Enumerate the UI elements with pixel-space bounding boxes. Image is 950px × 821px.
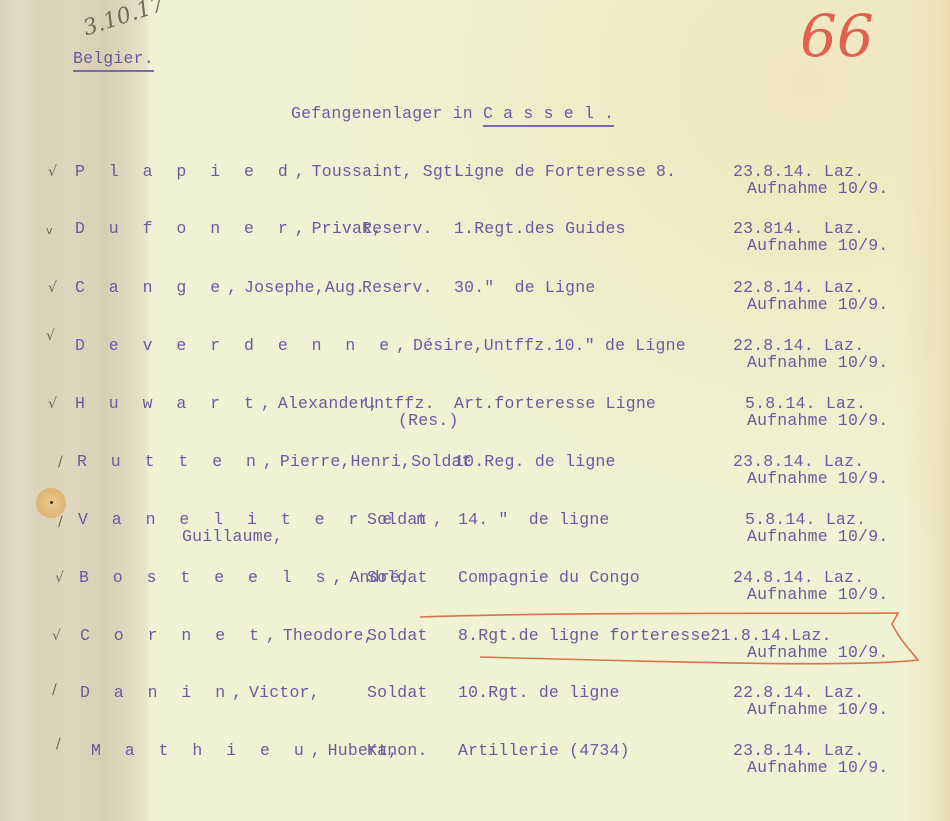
check-mark: / [52, 682, 57, 698]
entry-admission: Aufnahme 10/9. [747, 527, 888, 546]
entry-unit: 10.Rgt. de ligne [458, 683, 620, 702]
entry-name: D e v e r d e n n e,Désire,Untffz.10." d… [75, 336, 686, 355]
entry-given-names: Pierre,Henri,Soldat [280, 452, 472, 471]
entry-surname: B o s t e e l s, [79, 568, 349, 587]
entry-rank: Soldat [367, 683, 428, 702]
entry-surname: D u f o n e r, [75, 219, 312, 238]
entry-surname: D e v e r d e n n e, [75, 336, 413, 355]
entry-surname: D a n i n, [80, 683, 249, 702]
check-mark: v [46, 224, 53, 237]
check-mark: / [58, 454, 63, 470]
entry-rank: Reserv. [362, 278, 433, 297]
camp-title-place: C a s s e l . [483, 104, 614, 127]
entry-rank: Soldat [367, 510, 428, 529]
entry-rank: Soldat [367, 626, 428, 645]
entry-admission: Aufnahme 10/9. [747, 411, 888, 430]
entry-name: P l a p i e d,Toussaint, Sgt. [75, 162, 463, 181]
entry-surname: C a n g e, [75, 278, 244, 297]
entry-given-names: Josephe,Aug. [244, 278, 365, 297]
entry-surname: R u t t e n, [77, 452, 280, 471]
entry-admission: Aufnahme 10/9. [747, 236, 888, 255]
entry-rank-note: (Res.) [398, 411, 459, 430]
entry-unit: Art.forteresse Ligne [454, 394, 656, 413]
check-mark: √ [48, 280, 57, 296]
entry-surname: P l a p i e d, [75, 162, 312, 181]
check-mark: √ [52, 628, 61, 644]
entry-surname: C o r n e t, [80, 626, 283, 645]
entry-unit: 10.Reg. de ligne [454, 452, 616, 471]
entry-unit: 14. " de ligne [458, 510, 610, 529]
entry-admission: Aufnahme 10/9. [747, 758, 888, 777]
entry-name: D a n i n,Victor, [80, 683, 320, 702]
entry-given-names: Désire,Untffz.10." de Ligne [413, 336, 686, 355]
entry-admission: Aufnahme 10/9. [747, 469, 888, 488]
entry-given-names: Toussaint, Sgt. [312, 162, 464, 181]
entry-unit: 30." de Ligne [454, 278, 595, 297]
entry-admission: Aufnahme 10/9. [747, 700, 888, 719]
entry-rank: Reserv. [362, 219, 433, 238]
entry-name: H u w a r t,Alexander, [75, 394, 379, 413]
entry-surname: M a t h i e u, [91, 741, 328, 760]
check-mark: √ [46, 328, 55, 344]
entry-admission: Aufnahme 10/9. [747, 353, 888, 372]
check-mark: √ [48, 164, 57, 180]
check-mark: / [58, 514, 63, 530]
nationality-heading: Belgier. [73, 49, 154, 72]
entry-unit: Compagnie du Congo [458, 568, 640, 587]
entry-name: C o r n e t,Theodore, [80, 626, 374, 645]
entry-name: D u f o n e r,Privat, [75, 219, 382, 238]
entry-unit: 1.Regt.des Guides [454, 219, 626, 238]
camp-title: Gefangenenlager in C a s s e l . [291, 104, 614, 123]
check-mark: / [56, 736, 61, 752]
entry-rank: Kanon. [367, 741, 428, 760]
page-number-red: 66 [800, 2, 874, 70]
camp-title-prefix: Gefangenenlager in [291, 104, 483, 123]
entry-admission: Aufnahme 10/9. [747, 643, 888, 662]
entry-surname: H u w a r t, [75, 394, 278, 413]
check-mark: √ [55, 570, 64, 586]
entry-rank: Soldat [367, 568, 428, 587]
entry-name: R u t t e n,Pierre,Henri,Soldat [77, 452, 472, 471]
entry-name: M a t h i e u,Hubert, [91, 741, 398, 760]
entry-unit: Ligne de Forteresse 8. [454, 162, 676, 181]
entry-name: C a n g e,Josephe,Aug. [75, 278, 365, 297]
entry-given-names: Guillaume, [182, 527, 283, 546]
entry-admission: Aufnahme 10/9. [747, 295, 888, 314]
entry-admission: Aufnahme 10/9. [747, 179, 888, 198]
check-mark: √ [48, 396, 57, 412]
entry-given-names: Theodore, [283, 626, 374, 645]
entry-given-names: Victor, [249, 683, 320, 702]
entry-unit: Artillerie (4734) [458, 741, 630, 760]
entry-admission: Aufnahme 10/9. [747, 585, 888, 604]
entry-name: B o s t e e l s,André, [79, 568, 410, 587]
